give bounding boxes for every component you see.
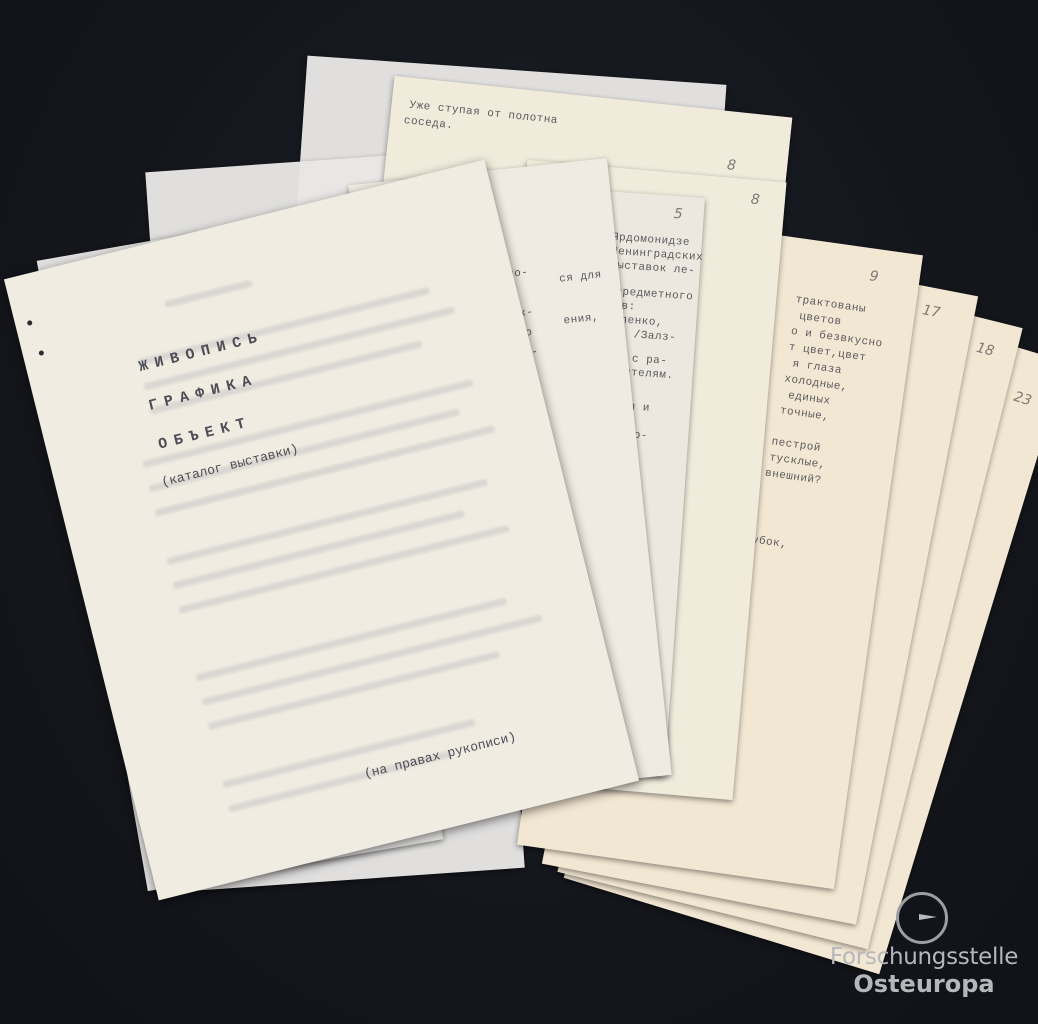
text-line: я глаза	[792, 358, 843, 377]
page-number: 18	[975, 340, 996, 360]
text-line: пестрой	[771, 436, 822, 455]
page-number: 5	[673, 206, 683, 223]
watermark-logo: Forschungsstelle Osteuropa	[826, 888, 1026, 1008]
text-line: ения,	[563, 312, 600, 328]
text-line: внешний?	[764, 468, 822, 488]
text-line: ся для	[559, 269, 603, 285]
watermark-line-2: Osteuropa	[826, 970, 1022, 998]
punch-hole	[38, 350, 44, 356]
bleed-through-text	[164, 280, 253, 309]
page-number: 8	[726, 157, 737, 174]
cover-footer: (на правах рукописи)	[363, 729, 518, 781]
text-line: точные,	[779, 405, 830, 424]
text-line: соседа.	[403, 115, 454, 132]
page-number: 9	[868, 268, 879, 285]
page-number: 17	[921, 302, 942, 321]
watermark-line-1: Forschungsstelle	[826, 944, 1022, 970]
punch-hole	[27, 320, 33, 326]
clock-hand-icon	[919, 914, 937, 920]
page-number: 8	[750, 192, 760, 209]
text-line: единых	[787, 390, 831, 408]
text-line: цветов	[798, 311, 842, 329]
page-number: 23	[1012, 389, 1034, 410]
